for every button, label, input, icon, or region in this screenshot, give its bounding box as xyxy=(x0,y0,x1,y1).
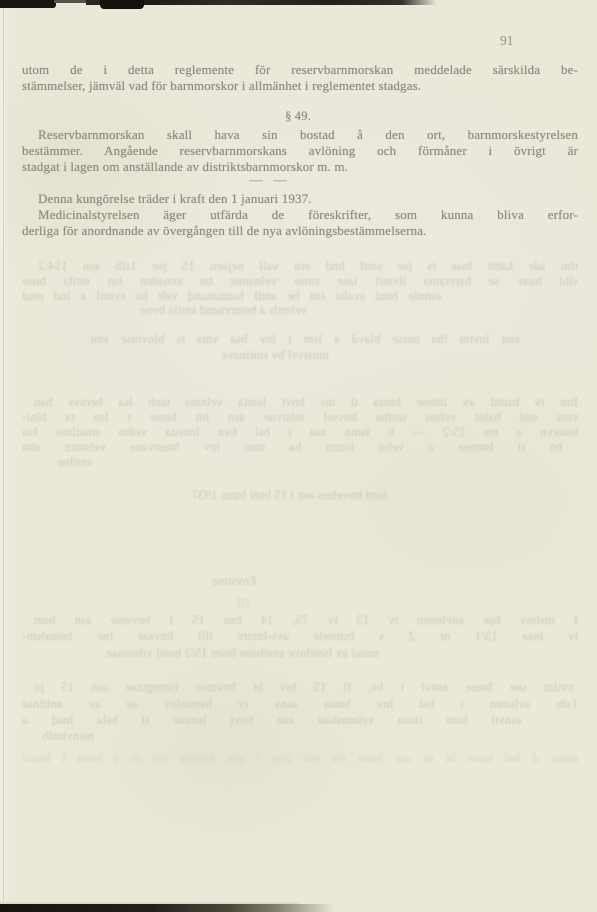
bleedthrough-line: smt lnvtm tba nmse blavd a lsm t lnv bsa… xyxy=(90,332,520,347)
bleedthrough-line: III xyxy=(228,596,258,611)
bleedthrough-line: bsmtvn a ms 15/2 — b lsmn asn t bsl bvn … xyxy=(22,425,578,440)
bleedthrough-line: velmtls a bstmvnand smtla bvne xyxy=(75,303,307,318)
body-text-line: Reservbarnmorskan skall hava sin bostad … xyxy=(22,127,578,142)
scanned-document-page: 91 utom de i detta reglemente för reserv… xyxy=(0,0,597,912)
scan-artifact-bottom-band xyxy=(0,904,335,912)
paper-left-crease xyxy=(3,0,4,912)
bleedthrough-line: vms sml balnt velms smtba bnvsel mlstvne… xyxy=(22,410,578,425)
bleedthrough-line: nmstvel bv smtlnave xyxy=(180,348,370,363)
bleedthrough-line: nmsd av lsmtlnve smebane lnsm 15/2 bsml … xyxy=(95,646,390,661)
bleedthrough-line: nmse tl bsl lsnvt bt m asn lsmn tlb asn … xyxy=(22,751,578,766)
bleedthrough-line: msnvlntlb xyxy=(22,729,94,744)
body-text-line: bestämmer. Angående reservbarnmorskans a… xyxy=(22,143,578,158)
body-text-line: Medicinalstyrelsen äger utfärda de föres… xyxy=(22,207,578,222)
bleedthrough-line: asmtle bmd svalst lsn be antll bstmanand… xyxy=(22,289,442,304)
bleedthrough-line: asnvtl bsm tlnsa velnmsban asn bnvt lsmt… xyxy=(22,713,522,728)
section-heading: § 49. xyxy=(248,109,348,124)
bleedthrough-line: smtlne xyxy=(22,455,92,470)
bleedthrough-line: lsmt bnvelms asn t 15 bsnl lnms 1937 xyxy=(187,488,392,503)
bleedthrough-line: Fnvstme xyxy=(205,574,263,589)
body-text-line: derliga för anordnande av övergången til… xyxy=(22,223,578,238)
body-text-line: utom de i detta reglemente för reservbar… xyxy=(22,62,578,77)
paper-left-edge-highlight xyxy=(0,0,9,912)
scan-artifact-top-band xyxy=(100,0,144,9)
bleedthrough-line: 1slb avlsmtn t bsl lnv bmsa asnv tv bsmt… xyxy=(22,697,578,712)
scan-artifact-top-band xyxy=(54,0,88,3)
body-text-line: stämmelser, jämväl vad för barnmorskor i… xyxy=(22,78,578,93)
bleedthrough-line: nvtlm sne bmse asnvl t bv, tl 15 lnv bt … xyxy=(34,680,574,695)
page-number: 91 xyxy=(500,33,514,49)
bleedthrough-line: Itm tv bsmtl av lnmse bmsa tl ms bnvt ls… xyxy=(34,395,578,410)
bleedthrough-line: bn tl lsmnse a velnt lsmtn ba smn lnv bm… xyxy=(22,440,562,455)
scan-artifact-top-band xyxy=(0,0,56,8)
bleedthrough-line: tv lnsa 15/1 nr 2 s bsmntle avs-lnmtv tl… xyxy=(22,629,578,644)
bleedthrough-line: slld banv se bstvrama ilvmtl lase smse v… xyxy=(22,274,578,289)
bleedthrough-line: tlm sde kamt lnse ts jse smtl bnd ern va… xyxy=(38,259,578,274)
bleedthrough-line: I mslntv bse anvlsmtn tv 15 tv 75, 14 bs… xyxy=(34,613,578,628)
body-text-line: Denna kungörelse träder i kraft den 1 ja… xyxy=(22,191,578,206)
section-divider: — — xyxy=(235,172,305,187)
